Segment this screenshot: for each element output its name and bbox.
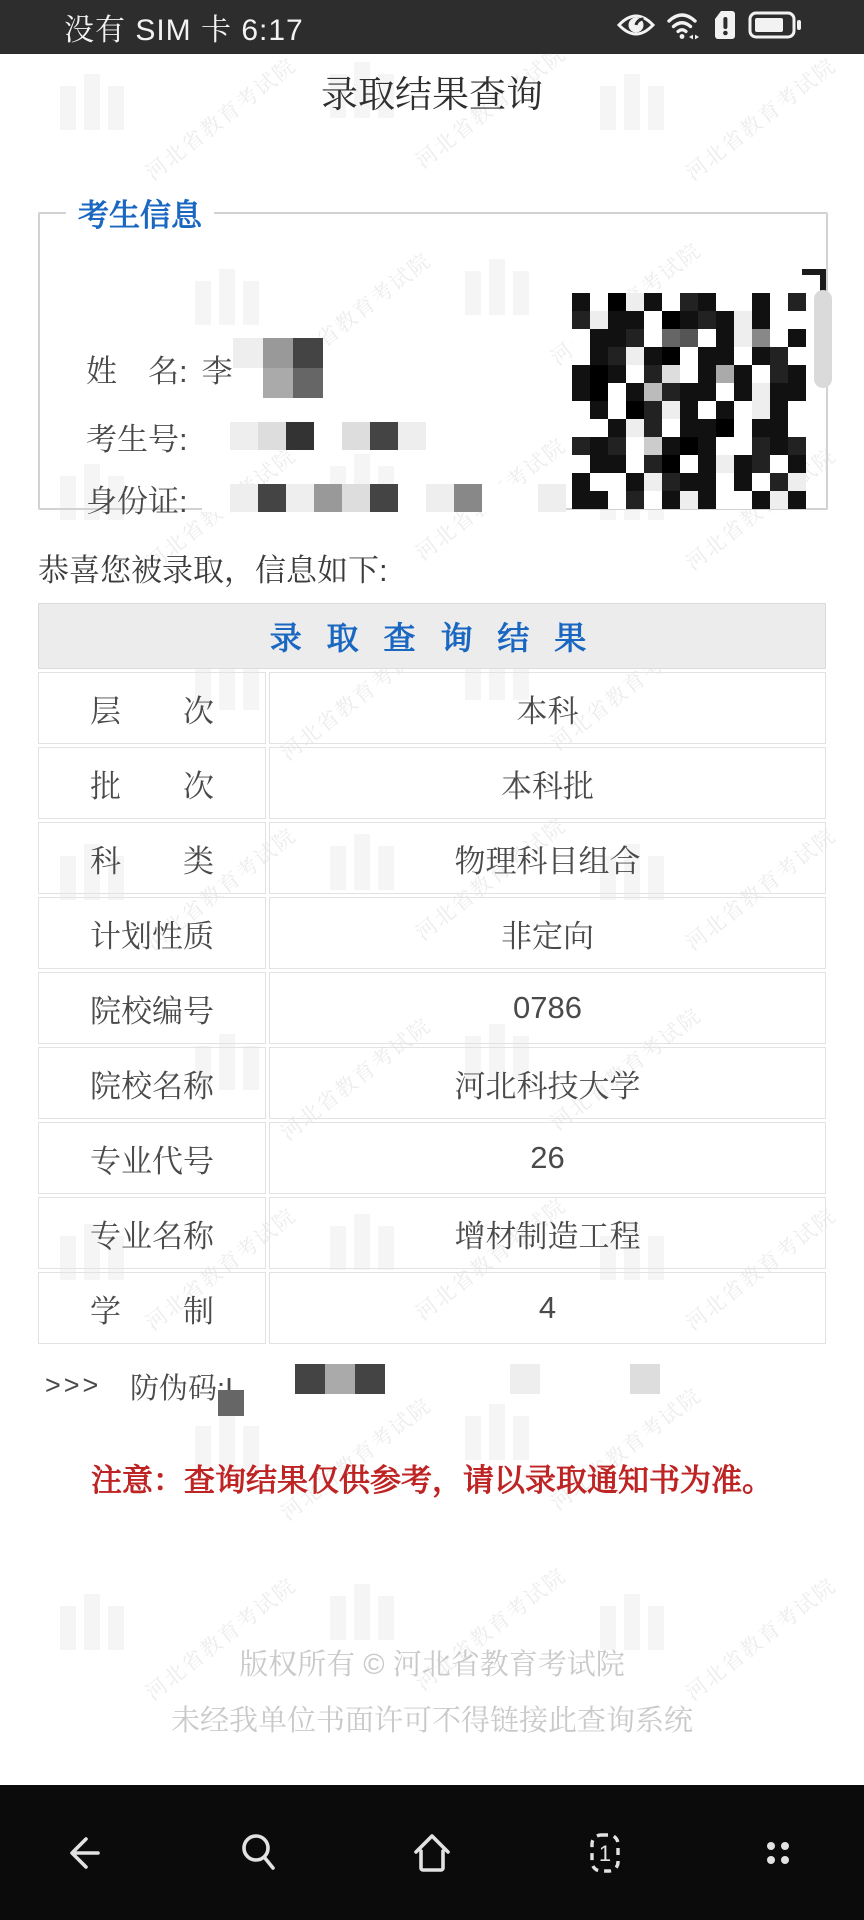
row-value: 增材制造工程 — [269, 1197, 826, 1269]
row-label: 院校名称 — [38, 1047, 266, 1119]
anticounterfeit-redacted-block — [218, 1390, 244, 1416]
table-row: 学 制 4 — [38, 1272, 826, 1344]
admission-congrats-text: 恭喜您被录取，信息如下: — [38, 545, 388, 590]
status-icons — [617, 9, 802, 46]
name-label: 姓 名: — [86, 346, 188, 391]
row-value: 河北科技大学 — [269, 1047, 826, 1119]
table-header-row: 录 取 查 询 结 果 — [38, 603, 826, 669]
row-value: 物理科目组合 — [269, 822, 826, 894]
phone-screen: 没有 SIM 卡 6:17 — [0, 0, 864, 1920]
status-bar: 没有 SIM 卡 6:17 — [0, 0, 864, 54]
exam-number-label: 考生号: — [86, 414, 188, 459]
admission-result-table: 录 取 查 询 结 果 层 次 本科 批 次 本科批 科 类 物理科目组合 计划… — [35, 600, 829, 1347]
wifi-icon — [666, 10, 702, 45]
anticounterfeit-row: >>> 防伪码:I — [45, 1362, 825, 1422]
anticounterfeit-redacted-mosaic — [295, 1364, 385, 1394]
row-label: 专业代号 — [38, 1122, 266, 1194]
row-label: 院校编号 — [38, 972, 266, 1044]
footer-copyright: 版权所有 © 河北省教育考试院 — [0, 1642, 864, 1683]
back-arrow-icon — [60, 1827, 112, 1879]
no-sim-alert-icon — [713, 9, 737, 46]
row-value: 本科批 — [269, 747, 826, 819]
anticounterfeit-arrows: >>> — [45, 1370, 101, 1401]
tab-count: 1 — [599, 1841, 611, 1866]
menu-dots-icon — [752, 1827, 804, 1879]
qr-code-blurred — [572, 293, 806, 509]
anticounterfeit-redacted-mosaic-light — [480, 1364, 660, 1394]
page-content: 录取结果查询 考生信息 姓 名: 李 考生号: 身份证: — [0, 0, 864, 1920]
candidate-exam-number-row: 考生号: — [86, 415, 482, 457]
row-label: 科 类 — [38, 822, 266, 894]
table-row: 专业名称 增材制造工程 — [38, 1197, 826, 1269]
table-row: 批 次 本科批 — [38, 747, 826, 819]
row-value: 非定向 — [269, 897, 826, 969]
exam-number-redacted-mosaic — [202, 422, 482, 450]
row-label: 学 制 — [38, 1272, 266, 1344]
row-label: 计划性质 — [38, 897, 266, 969]
row-value: 4 — [269, 1272, 826, 1344]
android-nav-bar: 1 — [0, 1785, 864, 1920]
home-icon — [406, 1827, 458, 1879]
candidate-id-number-row: 身份证: — [86, 477, 566, 519]
status-carrier-time: 没有 SIM 卡 6:17 — [64, 5, 304, 49]
search-button[interactable] — [219, 1813, 299, 1893]
eye-protection-icon — [617, 11, 655, 44]
table-row: 专业代号 26 — [38, 1122, 826, 1194]
table-row: 科 类 物理科目组合 — [38, 822, 826, 894]
result-table-title: 录 取 查 询 结 果 — [38, 603, 826, 669]
row-label: 层 次 — [38, 672, 266, 744]
row-label: 批 次 — [38, 747, 266, 819]
home-button[interactable] — [392, 1813, 472, 1893]
tabs-icon: 1 — [579, 1827, 631, 1879]
menu-button[interactable] — [738, 1813, 818, 1893]
row-value: 0786 — [269, 972, 826, 1044]
footer-disclaimer: 未经我单位书面许可不得链接此查询系统 — [0, 1698, 864, 1739]
qr-corner-mark — [802, 269, 826, 291]
row-label: 专业名称 — [38, 1197, 266, 1269]
search-icon — [233, 1827, 285, 1879]
notice-text: 注意：查询结果仅供参考，请以录取通知书为准。 — [0, 1455, 864, 1500]
table-row: 计划性质 非定向 — [38, 897, 826, 969]
id-number-redacted-mosaic — [202, 484, 566, 512]
tabs-button[interactable]: 1 — [565, 1813, 645, 1893]
candidate-section-title: 考生信息 — [66, 190, 214, 235]
table-row: 层 次 本科 — [38, 672, 826, 744]
name-redacted-mosaic — [233, 338, 323, 398]
page-title: 录取结果查询 — [0, 64, 864, 118]
page-scrollbar[interactable] — [814, 290, 832, 388]
row-value: 26 — [269, 1122, 826, 1194]
id-number-label: 身份证: — [86, 476, 188, 521]
table-row: 院校编号 0786 — [38, 972, 826, 1044]
name-value-prefix: 李 — [202, 346, 233, 391]
table-row: 院校名称 河北科技大学 — [38, 1047, 826, 1119]
candidate-info-section: 考生信息 姓 名: 李 考生号: 身份证: — [38, 190, 828, 510]
candidate-name-row: 姓 名: 李 — [86, 347, 323, 389]
battery-icon — [748, 10, 802, 45]
back-button[interactable] — [46, 1813, 126, 1893]
row-value: 本科 — [269, 672, 826, 744]
